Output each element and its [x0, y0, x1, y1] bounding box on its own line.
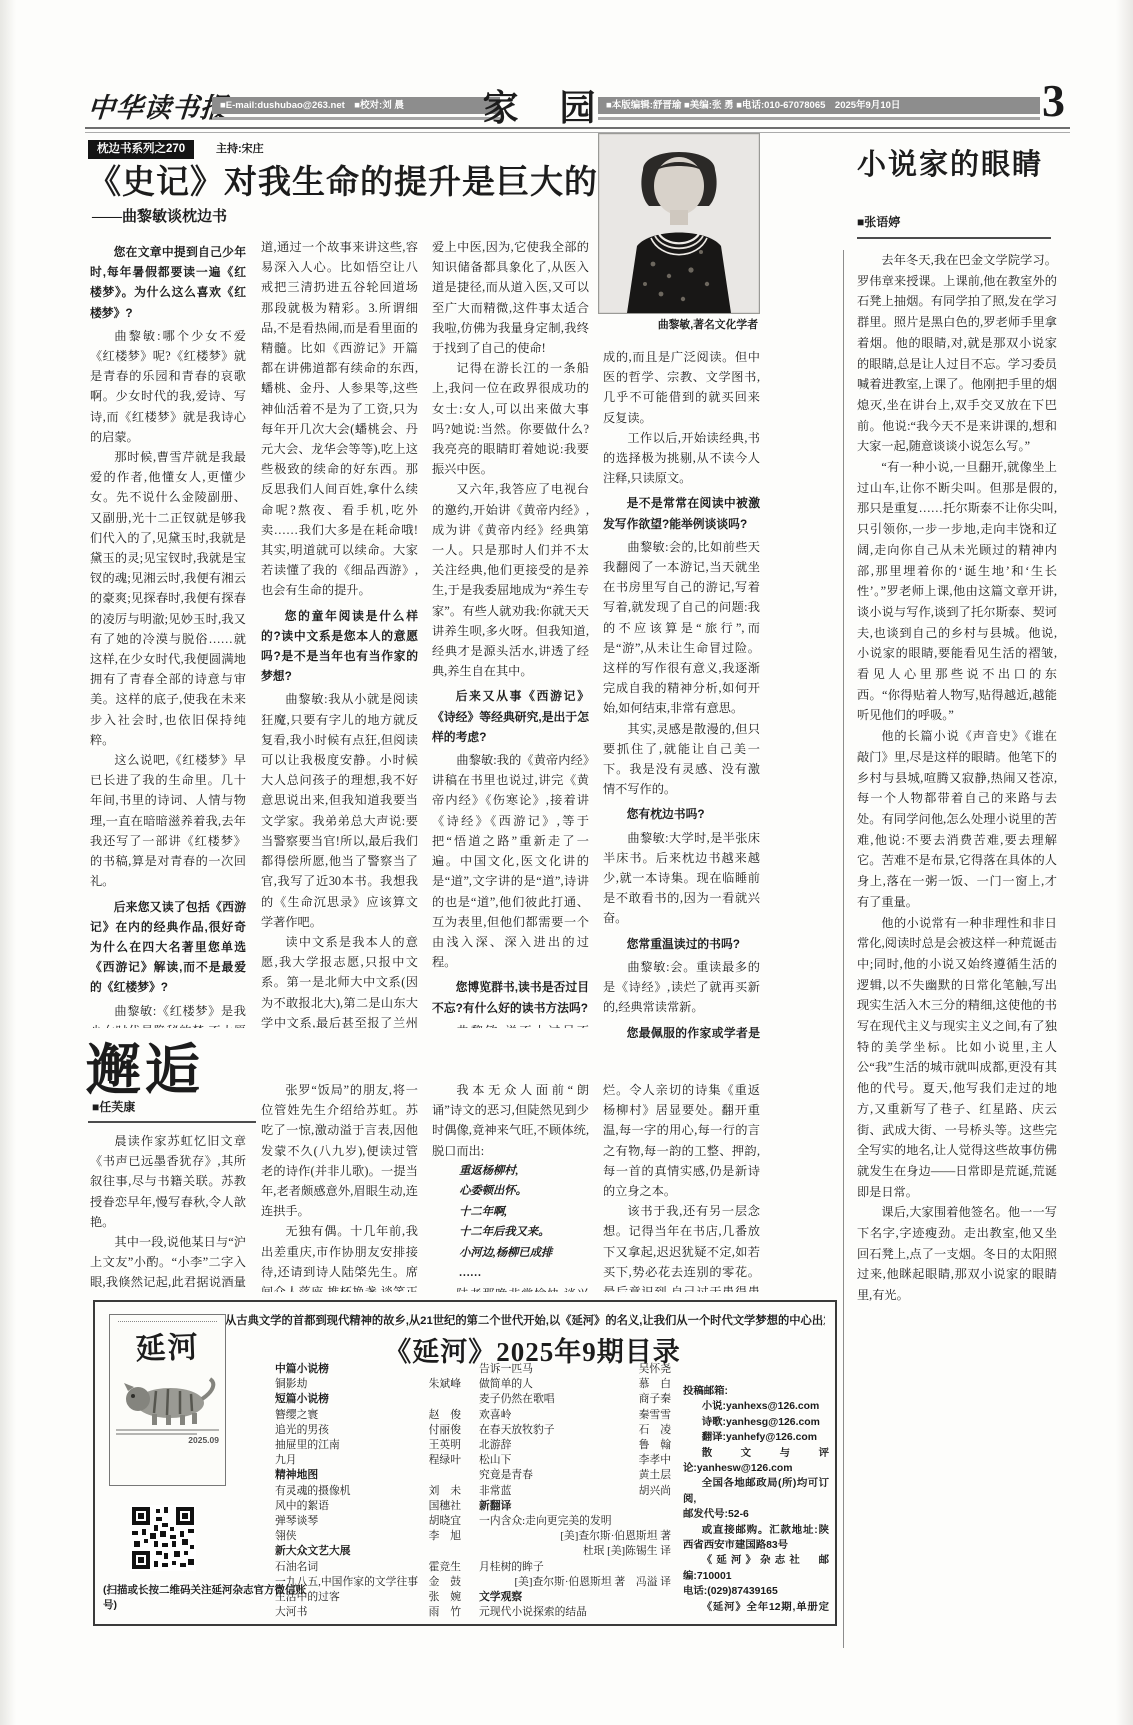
toc-entry-title: 中篇小说榜 — [275, 1362, 329, 1377]
toc-entry: 九月 程绿叶 — [275, 1453, 461, 1468]
encounter-byline-rule — [88, 1121, 256, 1123]
toc-entry-title: 石油名词 — [275, 1560, 318, 1575]
paragraph: 曲黎敏:会。重读最多的是《诗经》,读烂了就再买新的,经典常读常新。 — [603, 957, 760, 1018]
toc-entry: 新翻译 — [479, 1499, 671, 1514]
toc-entry-author: 付丽俊 — [429, 1423, 461, 1438]
toc-entry: 追光的男孩 付丽俊 — [275, 1423, 461, 1438]
interview-column-3: 爱上中医,因为,它使我全部的知识储备都具象化了,从医入道是捷径,而从道入医,又可… — [432, 237, 589, 1028]
toc-entry: 簪缨之寰 赵 俊 — [275, 1408, 461, 1423]
paragraph: 重返杨柳村, — [432, 1161, 589, 1182]
toc-entry-author: 雨 竹 — [429, 1605, 461, 1618]
toc-entry-author: 吴怀尧 — [639, 1362, 671, 1377]
toc-entry-title: 北游辞 — [479, 1438, 511, 1453]
toc-entry-title: 松山下 — [479, 1453, 511, 1468]
yanhe-cover: 延河 2025.09 — [109, 1314, 226, 1486]
yanhe-ad-box: 从古典文学的首都到现代精神的故乡,从21世纪的第二个世代开始,以《延河》的名义,… — [93, 1300, 837, 1626]
contact-line: 小说:yanhexs@126.com — [683, 1399, 829, 1414]
toc-entry: 生活中的过客 张 婉 — [275, 1590, 461, 1605]
toc-entry-author: 胡兴尚 — [639, 1484, 671, 1499]
encounter-title: 邂逅 — [86, 1026, 204, 1105]
toc-entry-author: 国穗社 — [429, 1499, 461, 1514]
paragraph: 课后,大家围着他签名。他一一写下名字,字迹瘦劲。走出教室,他又坐回石凳上,点了一… — [857, 1202, 1057, 1306]
encounter-byline: ■任芙康 — [92, 1098, 135, 1115]
toc-entry: 究竟是青春 黄土层 — [479, 1468, 671, 1483]
qu-limin-photo — [598, 133, 760, 314]
toc-entry-title: 做简单的人 — [479, 1377, 533, 1392]
toc-entry-title: 弹琴谈琴 — [275, 1514, 318, 1529]
toc-entry-title: 生活中的过客 — [275, 1590, 340, 1605]
toc-entry: 短篇小说榜 — [275, 1392, 461, 1407]
paragraph: 您有枕边书吗? — [603, 804, 760, 824]
toc-entry: 新大众文艺大展 — [275, 1544, 461, 1559]
paragraph: 后来又从事《西游记》《诗经》等经典研究,是出于怎样的考虑? — [432, 686, 589, 747]
header-rule-thin — [85, 132, 1070, 133]
newspaper-page: 中华读书报 ■E-mail:dushubao@263.net ■校对:刘 晨 家… — [0, 0, 1133, 1725]
toc-entry-author: 程绿叶 — [429, 1453, 461, 1468]
toc-entry-title: 告诉一匹马 — [479, 1362, 533, 1377]
toc-entry-title: 一内含众:走向更完美的发明 — [479, 1514, 612, 1529]
toc-entry: 石油名词 霍竞生 — [275, 1560, 461, 1575]
cover-fineprint — [116, 1429, 219, 1431]
contact-line: 《延河》杂志社 邮编:710001 — [683, 1553, 829, 1584]
toc-entry: 告诉一匹马 吴怀尧 — [479, 1362, 671, 1377]
toc-entry: 北游辞 鲁 翰 — [479, 1438, 671, 1453]
toc-entry-author: 黄土层 — [639, 1468, 671, 1483]
paragraph: 他的长篇小说《声音史》《谁在敲门》里,尽是这样的眼睛。他笔下的乡村与县城,喧腾又… — [857, 726, 1057, 912]
paragraph: 您博览群书,读书是否过目不忘?有什么好的读书方法吗? — [432, 977, 589, 1017]
yanhe-slogan: 从古典文学的首都到现代精神的故乡,从21世纪的第二个世代开始,以《延河》的名义,… — [225, 1312, 825, 1328]
paragraph: 爱上中医,因为,它使我全部的知识储备都具象化了,从医入道是捷径,而从道入医,又可… — [432, 237, 589, 358]
column-article: 小说家的眼睛 ■张语婷 去年冬天,我在巴金文学院学习。罗伟章来授课。上课前,他在… — [843, 142, 1057, 1648]
toc-entry-title: 月桂树的眸子 — [479, 1560, 544, 1575]
interview-column-4: 成的,而且是广泛阅读。但中医的哲学、宗教、文学图书,几乎不可能借到的就买回来反复… — [603, 347, 760, 1042]
photo-caption: 曲黎敏,著名文化学者 — [588, 317, 758, 332]
toc-entry: 铜影劫 朱斌峰 — [275, 1377, 461, 1392]
paragraph: 曲黎敏:大学时,是半张床半床书。后来枕边书越来越少,就一本诗集。现在临睡前是不敢… — [603, 828, 760, 929]
toc-entry: 一九八五,中国作家的文学往事 金 鼓 — [275, 1575, 461, 1590]
yanhe-cover-logo: 延河 — [109, 1321, 225, 1369]
toc-entry-author: 秦雪雪 — [639, 1408, 671, 1423]
toc-entry-author: 李孝中 — [639, 1453, 671, 1468]
paragraph: 我本无众人面前“朗诵”诗文的恶习,但陡然见到少时偶像,竟神来气旺,不顾体统,脱口… — [432, 1080, 589, 1161]
header-staff-bar-strip — [598, 117, 1040, 120]
toc-entry-author: 刘 未 — [429, 1484, 461, 1499]
contact-line: 或直接邮购。汇款地址:陕西省西安市建国路83号 — [683, 1523, 829, 1554]
toc-column-1: 中篇小说榜 铜影劫 朱斌峰 短篇小说榜 簪缨之寰 赵 俊 追光的男孩 付丽俊 抽… — [275, 1362, 461, 1618]
contact-line: 电话:(029)87439165 — [683, 1584, 829, 1599]
paragraph: 该书于我,还有另一层念想。记得当年在书店,几番放下又拿起,迟迟犹疑不定,如若买下… — [603, 1201, 760, 1292]
contact-line: 散文与评论:yanhesw@126.com — [683, 1446, 829, 1477]
toc-entry-title: 九月 — [275, 1453, 297, 1468]
toc-entry-title: 簪缨之寰 — [275, 1408, 318, 1423]
paragraph: 曲黎敏:我从小就是阅读狂魔,只要有字儿的地方就反复看,我小时候有点狂,但阅读可以… — [261, 689, 418, 931]
contact-info: 投稿邮箱:小说:yanhexs@126.com诗歌:yanhesg@126.co… — [683, 1384, 829, 1614]
toc-entry: 非常蓝 胡兴尚 — [479, 1484, 671, 1499]
page-number: 3 — [1042, 74, 1065, 127]
paragraph: 您最佩服的作家或学者是谁? — [603, 1023, 760, 1043]
paragraph: 其中一段,说他某日与“沪上文友”小酌。“小李”二字入眼,我倏然记起,此君据说酒量… — [90, 1232, 246, 1292]
paragraph: 曲黎敏:《红楼梦》是我少女时代最隐秘的梦,不大愿意拿出来示人,而《西游记》就不一… — [90, 1001, 246, 1028]
toc-entry-title: 新大众文艺大展 — [275, 1544, 351, 1559]
encounter-column-4: 烂。令人亲切的诗集《重返杨柳村》居显要处。翻开重温,每一字的用心,每一行的言之有… — [603, 1080, 760, 1292]
toc-entry-author: 赵 俊 — [429, 1408, 461, 1423]
portrait-illustration — [599, 134, 759, 313]
toc-entry-title: 在春天放牧豹子 — [479, 1423, 555, 1438]
toc-entry-author: 金 鼓 — [429, 1575, 461, 1590]
contact-line: 邮发代号:52-6 — [683, 1507, 829, 1522]
paragraph: 曲黎敏:会的,比如前些天我翻阅了一本游记,当天就坐在书房里写自己的游记,写着写着… — [603, 537, 760, 719]
paragraph: “有一种小说,一旦翻开,就像坐上过山车,让你不断尖叫。但那是假的,那只是重复……… — [857, 457, 1057, 726]
toc-entry-title: 短篇小说榜 — [275, 1392, 329, 1407]
paragraph: 心委顿出怀。 — [432, 1181, 589, 1202]
toc-column-2: 告诉一匹马 吴怀尧 做简单的人 慕 白 麦子仍然在歌唱 商子秦 欢喜岭 秦雪雪 … — [479, 1362, 671, 1618]
column-article-title: 小说家的眼睛 — [843, 142, 1057, 183]
paragraph: 烂。令人亲切的诗集《重返杨柳村》居显要处。翻开重温,每一字的用心,每一行的言之有… — [603, 1080, 760, 1201]
toc-entry-author: 石 凌 — [639, 1423, 671, 1438]
paragraph: 成的,而且是广泛阅读。但中医的哲学、宗教、文学图书,几乎不可能借到的就买回来反复… — [603, 347, 760, 428]
toc-entry-title: 新翻译 — [479, 1499, 511, 1514]
toc-entry-author: [美]查尔斯·伯恩斯坦 著 — [560, 1529, 671, 1544]
toc-entry: 杜珉 [美]陈锡生 译 — [479, 1544, 671, 1559]
paragraph: 您常重温读过的书吗? — [603, 934, 760, 954]
interview-column-1: 您在文章中提到自己少年时,每年暑假都要读一遍《红楼梦》。为什么这么喜欢《红楼梦》… — [90, 237, 246, 1028]
toc-entry: 文学观察 — [479, 1590, 671, 1605]
toc-entry-author: 张 婉 — [429, 1590, 461, 1605]
header-staff-bar: ■本版编辑:舒晋瑜 ■美编:张 勇 ■电话:010-67078065 2025年… — [598, 97, 1040, 114]
toc-entry: 弹琴谈琴 胡晓宜 — [275, 1514, 461, 1529]
masthead-logo: 中华读书报 — [87, 86, 230, 125]
toc-entry-title: 元现代小说探索的结晶 — [479, 1605, 587, 1618]
toc-entry-title: 究竟是青春 — [479, 1468, 533, 1483]
paragraph: 小河边,杨柳已成排 — [432, 1243, 589, 1264]
toc-entry-title: 麦子仍然在歌唱 — [479, 1392, 555, 1407]
paragraph: 十二年后我又来。 — [432, 1222, 589, 1243]
paragraph: 曲黎敏:哪个少女不爱《红楼梦》呢?《红楼梦》就是青春的乐园和青春的哀歌啊。少女时… — [90, 326, 246, 447]
toc-entry-title: 非常蓝 — [479, 1484, 511, 1499]
contact-line: 投稿邮箱: — [683, 1384, 829, 1399]
interview-subtitle: ——曲黎敏谈枕边书 — [92, 205, 227, 226]
paragraph: 晨读作家苏虹忆旧文章《书声已远墨香犹存》,其所叙往事,尽与书籍关联。苏教授眷恋早… — [90, 1131, 246, 1232]
toc-entry: 大河书 雨 竹 — [275, 1605, 461, 1618]
toc-entry: 松山下 李孝中 — [479, 1453, 671, 1468]
toc-entry-title: 铜影劫 — [275, 1377, 307, 1392]
toc-entry-title: 有灵魂的摄像机 — [275, 1484, 351, 1499]
paragraph: 张罗“饭局”的朋友,将一位管姓先生介绍给苏虹。苏吃了一惊,激动溢于言表,因他发蒙… — [261, 1080, 418, 1221]
paragraph: …… — [432, 1263, 589, 1284]
paragraph: 后来您又读了包括《西游记》在内的经典作品,很好奇为什么在四大名著里您单选《西游记… — [90, 897, 246, 998]
paragraph: 曲黎敏:说不上过目不忘。小时候家里书少,借来的书就反复读,好的段落自然能背下来。… — [432, 1021, 589, 1028]
paragraph: 您在文章中提到自己少年时,每年暑假都要读一遍《红楼梦》。为什么这么喜欢《红楼梦》… — [90, 242, 246, 323]
contact-line: 诗歌:yanhesg@126.com — [683, 1415, 829, 1430]
column-article-byline: ■张语婷 — [857, 213, 1057, 230]
toc-entry: 有灵魂的摄像机 刘 未 — [275, 1484, 461, 1499]
toc-entry-title: 文学观察 — [479, 1590, 522, 1605]
toc-entry-author: 鲁 翰 — [639, 1438, 671, 1453]
paragraph: 他的小说常有一种非理性和非日常化,阅读时总是会被这样一种荒诞击中;同时,他的小说… — [857, 913, 1057, 1203]
paragraph: 陆老那晚非常愉快,谈兴甚浓,与大伙儿一边聊天,一边浅饮。话题都在文坛,转圈全是书… — [432, 1284, 589, 1292]
toc-entry-title: 翎侠 — [275, 1529, 297, 1544]
toc-entry-author: 霍竞生 — [429, 1560, 461, 1575]
toc-entry: 麦子仍然在歌唱 商子秦 — [479, 1392, 671, 1407]
paragraph: 记得在游长江的一条船上,我问一位在政界很成功的女士:女人,可以出来做大事吗?她说… — [432, 358, 589, 479]
paragraph: 曲黎敏:我的《黄帝内经》讲稿在书里也说过,讲完《黄帝内经》《伤寒论》,接着讲《诗… — [432, 750, 589, 972]
toc-entry-author: 杜珉 [美]陈锡生 译 — [583, 1544, 671, 1559]
encounter-column-1: 晨读作家苏虹忆旧文章《书声已远墨香犹存》,其所叙往事,尽与书籍关联。苏教授眷恋早… — [90, 1131, 246, 1292]
header-rule-thick — [85, 127, 1070, 129]
paragraph: 道,通过一个故事来讲这些,容易深入人心。比如悟空让八戒把三清扔进五谷轮回道场那段… — [261, 237, 418, 601]
contact-line: 全国各地邮政局(所)均可订阅, — [683, 1476, 829, 1507]
toc-entry: 做简单的人 慕 白 — [479, 1377, 671, 1392]
toc-entry-title: 追光的男孩 — [275, 1423, 329, 1438]
toc-entry-title: 抽屉里的江南 — [275, 1438, 340, 1453]
byline-rule — [857, 237, 1051, 239]
paragraph: 无独有偶。十几年前,我出差重庆,市作协朋友安排接待,还请到诗人陆棨先生。席间众人… — [261, 1221, 418, 1292]
toc-entry-title: 精神地图 — [275, 1468, 318, 1483]
paragraph: 又六年,我答应了电视台的邀约,开始讲《黄帝内经》,成为讲《黄帝内经》经典第一人。… — [432, 479, 589, 681]
toc-entry: [美]查尔斯·伯恩斯坦 著 冯溢 译 — [479, 1575, 671, 1590]
toc-entry: 月桂树的眸子 — [479, 1560, 671, 1575]
toc-entry-author: 胡晓宜 — [429, 1514, 461, 1529]
toc-entry: 中篇小说榜 — [275, 1362, 461, 1377]
cover-issue: 2025.09 — [110, 1435, 225, 1445]
toc-entry: 精神地图 — [275, 1468, 461, 1483]
paragraph: 去年冬天,我在巴金文学院学习。罗伟章来授课。上课前,他在教室外的石凳上抽烟。有同… — [857, 250, 1057, 457]
toc-entry: 在春天放牧豹子 石 凌 — [479, 1423, 671, 1438]
toc-entry: 翎侠 李 旭 — [275, 1529, 461, 1544]
toc-entry-author: 李 旭 — [429, 1529, 461, 1544]
paragraph: 十二年啊, — [432, 1202, 589, 1223]
paragraph: 是不是常常在阅读中被激发写作欲望?能举例谈谈吗? — [603, 493, 760, 533]
toc-entry: 抽屉里的江南 王英明 — [275, 1438, 461, 1453]
column-article-text: 去年冬天,我在巴金文学院学习。罗伟章来授课。上课前,他在教室外的石凳上抽烟。有同… — [843, 250, 1057, 1648]
toc-entry-title: 欢喜岭 — [479, 1408, 511, 1423]
toc-entry-author: 商子秦 — [639, 1392, 671, 1407]
toc-entry: 一内含众:走向更完美的发明 — [479, 1514, 671, 1529]
contact-line: 《延河》全年12期,单册定价15元,全年定价180元。 — [683, 1600, 829, 1614]
paragraph: 读中文系是我本人的意愿,我大学报志愿,只报中文系。第一是北师大中文系(因为不敢报… — [261, 932, 418, 1028]
toc-entry: 欢喜岭 秦雪雪 — [479, 1408, 671, 1423]
tiger-artwork — [118, 1369, 218, 1427]
paragraph: 工作以后,开始读经典,书的选择极为挑剔,从不读今人注释,只读原文。 — [603, 428, 760, 489]
toc-entry: [美]查尔斯·伯恩斯坦 著 — [479, 1529, 671, 1544]
toc-entry-author: 朱斌峰 — [429, 1377, 461, 1392]
toc-entry-title: 一九八五,中国作家的文学往事 — [275, 1575, 418, 1590]
encounter-column-2: 张罗“饭局”的朋友,将一位管姓先生介绍给苏虹。苏吃了一惊,激动溢于言表,因他发蒙… — [261, 1080, 418, 1292]
paragraph: 那时候,曹雪芹就是我最爱的作者,他懂女人,更懂少女。先不说什么金陵副册、又副册,… — [90, 447, 246, 750]
qr-code — [130, 1505, 196, 1571]
toc-entry-author: 慕 白 — [639, 1377, 671, 1392]
qr-code-graphic — [130, 1505, 196, 1571]
toc-entry-title: 大河书 — [275, 1605, 307, 1618]
toc-entry: 元现代小说探索的结晶 — [479, 1605, 671, 1618]
toc-entry-title: 风中的絮语 — [275, 1499, 329, 1514]
toc-entry: 风中的絮语 国穗社 — [275, 1499, 461, 1514]
interview-column-2: 道,通过一个故事来讲这些,容易深入人心。比如悟空让八戒把三清扔进五谷轮回道场那段… — [261, 237, 418, 1028]
toc-entry-author: 王英明 — [429, 1438, 461, 1453]
paragraph: 这么说吧,《红楼梦》早已长进了我的生命里。几十年间,书里的诗词、人情与物理,一直… — [90, 750, 246, 891]
contact-line: 翻译:yanhefy@126.com — [683, 1430, 829, 1445]
paragraph: 其实,灵感是散漫的,但只要抓住了,就能让自己美一下。我是没有灵感、没有激情不写作… — [603, 719, 760, 800]
encounter-column-3: 我本无众人面前“朗诵”诗文的恶习,但陡然见到少时偶像,竟神来气旺,不顾体统,脱口… — [432, 1080, 589, 1292]
paragraph: 您的童年阅读是什么样的?读中文系是您本人的意愿吗?是不是当年也有当作家的梦想? — [261, 606, 418, 687]
toc-entry-author: [美]查尔斯·伯恩斯坦 著 冯溢 译 — [514, 1575, 671, 1590]
